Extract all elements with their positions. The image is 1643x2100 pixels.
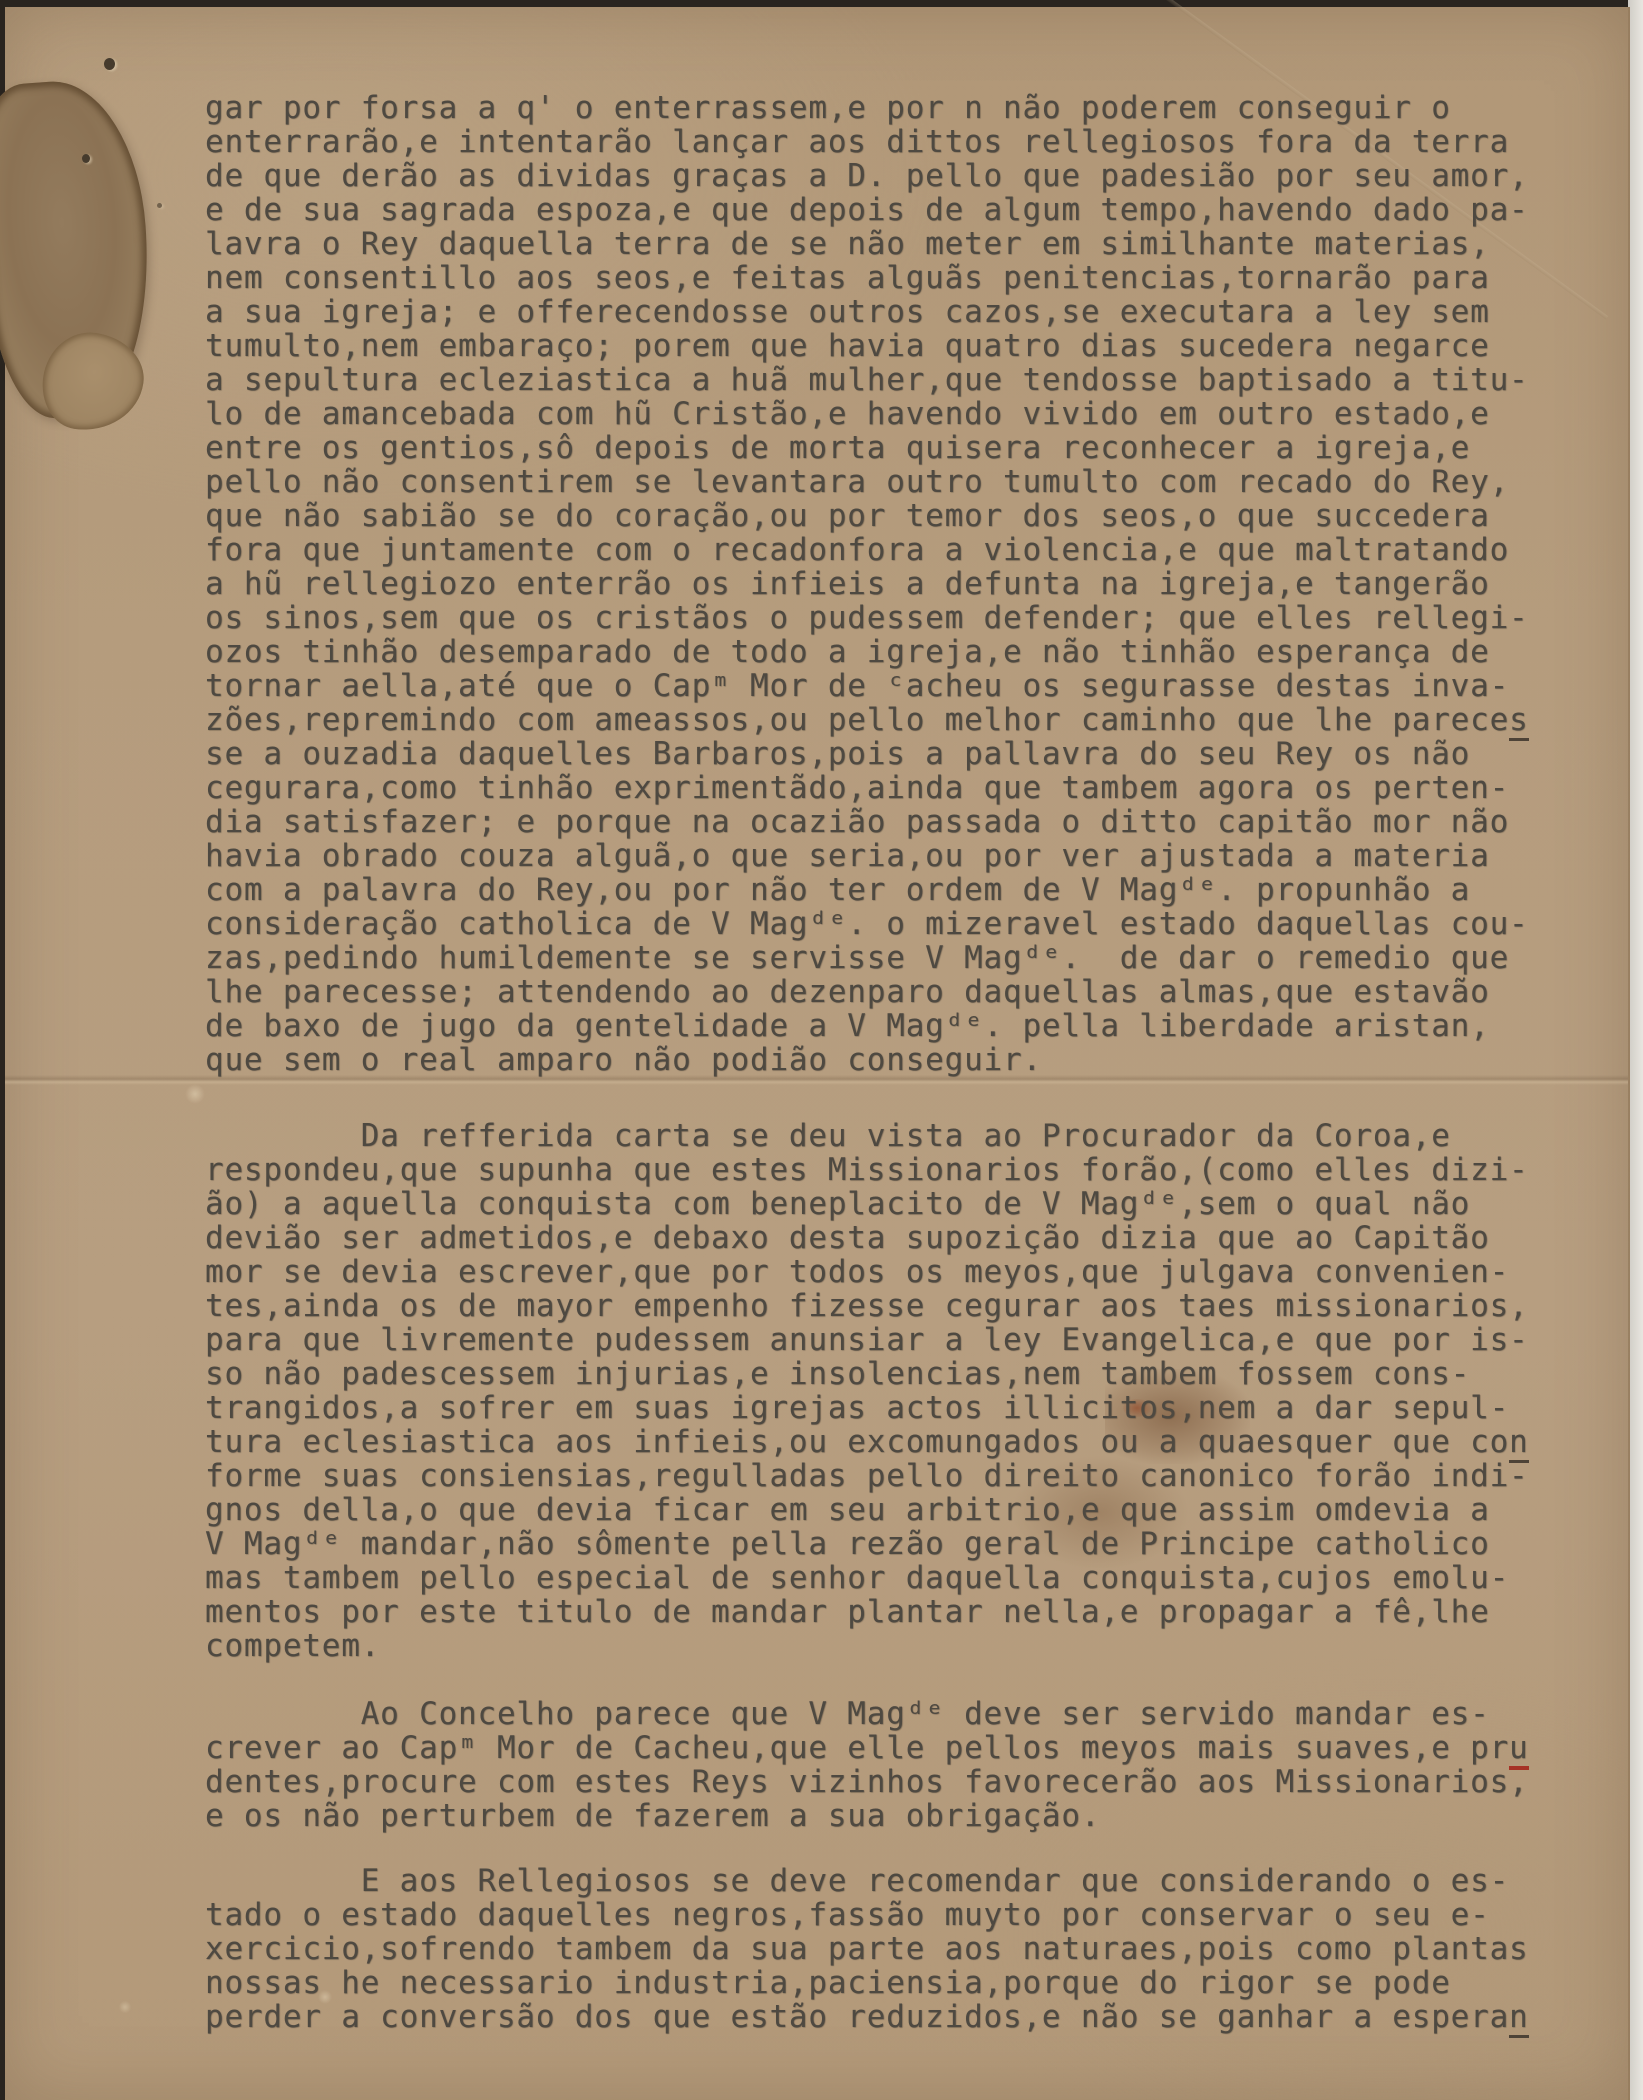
text-line: V Magᵈᵉ mandar,não sômente pella rezão g… <box>205 1527 1529 1561</box>
text-line: ozos tinhão desemparado de todo a igreja… <box>205 635 1529 669</box>
text-line: mas tambem pello especial de senhor daqu… <box>205 1561 1529 1595</box>
text-line: tumulto,nem embaraço; porem que havia qu… <box>205 329 1529 363</box>
text-line: tado o estado daquelles negros,fassão mu… <box>205 1898 1529 1932</box>
text-line: gar por forsa a q' o enterrassem,e por n… <box>205 91 1529 125</box>
text-line: e os não perturbem de fazerem a sua obri… <box>205 1799 1529 1833</box>
text-line: crever ao Capᵐ Mor de Cacheu,que elle pe… <box>205 1731 1529 1765</box>
text-line: E aos Rellegiosos se deve recomendar que… <box>205 1864 1529 1898</box>
typewritten-text: gar por forsa a q' o enterrassem,e por n… <box>205 91 1529 2034</box>
underlined-character: s <box>1509 702 1528 741</box>
text-line: que sem o real amparo não podião consegu… <box>205 1043 1529 1077</box>
scan-edge <box>1628 0 1643 2100</box>
text-line: a sepultura ecleziastica a huã mulher,qu… <box>205 363 1529 397</box>
text-line: xercicio,sofrendo tambem da sua parte ao… <box>205 1932 1529 1966</box>
text-line: a hũ rellegiozo enterrão os infieis a de… <box>205 567 1529 601</box>
document-page: gar por forsa a q' o enterrassem,e por n… <box>5 7 1630 2100</box>
text-line: havia obrado couza alguã,o que seria,ou … <box>205 839 1529 873</box>
text-line: lhe parecesse; attendendo ao dezenparo d… <box>205 975 1529 1009</box>
text-line: respondeu,que supunha que estes Missiona… <box>205 1153 1529 1187</box>
text-line: a sua igreja; e offerecendosse outros ca… <box>205 295 1529 329</box>
text-line: zões,repremindo com ameassos,ou pello me… <box>205 703 1529 737</box>
text-line: mentos por este titulo de mandar plantar… <box>205 1595 1529 1629</box>
text-line: entre os gentios,sô depois de morta quis… <box>205 431 1529 465</box>
text-line: tura eclesiastica aos infieis,ou excomun… <box>205 1425 1529 1459</box>
text-line: dia satisfazer; e porque na ocazião pass… <box>205 805 1529 839</box>
text-line: nem consentillo aos seos,e feitas alguãs… <box>205 261 1529 295</box>
text-line: cegurara,como tinhão exprimentãdo,ainda … <box>205 771 1529 805</box>
text-line: tes,ainda os de mayor empenho fizesse ce… <box>205 1289 1529 1323</box>
text-line: trangidos,a sofrer em suas igrejas actos… <box>205 1391 1529 1425</box>
pin-hole <box>82 154 90 163</box>
text-line: ão) a aquella conquista com beneplacito … <box>205 1187 1529 1221</box>
text-line: competem. <box>205 1629 1529 1663</box>
paragraph: E aos Rellegiosos se deve recomendar que… <box>205 1864 1529 2034</box>
text-line: zas,pedindo humildemente se servisse V M… <box>205 941 1529 975</box>
text-line: fora que juntamente com o recadonfora a … <box>205 533 1529 567</box>
text-line: devião ser admetidos,e debaxo desta supo… <box>205 1221 1529 1255</box>
text-line: enterrarão,e intentarão lançar aos ditto… <box>205 125 1529 159</box>
text-line: com a palavra do Rey,ou por não ter orde… <box>205 873 1529 907</box>
text-line: que não sabião se do coração,ou por temo… <box>205 499 1529 533</box>
pin-hole <box>157 203 162 208</box>
text-line: de baxo de jugo da gentelidade a V Magᵈᵉ… <box>205 1009 1529 1043</box>
text-line: Da refferida carta se deu vista ao Procu… <box>205 1119 1529 1153</box>
text-line: e de sua sagrada espoza,e que depois de … <box>205 193 1529 227</box>
text-line: forme suas consiensias,regulladas pello … <box>205 1459 1529 1493</box>
text-line: gnos della,o que devia ficar em seu arbi… <box>205 1493 1529 1527</box>
paragraph: Da refferida carta se deu vista ao Procu… <box>205 1119 1529 1663</box>
paragraph: gar por forsa a q' o enterrassem,e por n… <box>205 91 1529 1077</box>
text-line: lavra o Rey daquella terra de se não met… <box>205 227 1529 261</box>
text-line: mor se devia escrever,que por todos os m… <box>205 1255 1529 1289</box>
underlined-character: n <box>1509 1999 1528 2038</box>
text-line: para que livremente pudessem anunsiar a … <box>205 1323 1529 1357</box>
text-line: os sinos,sem que os cristãos o pudessem … <box>205 601 1529 635</box>
pin-hole <box>104 58 115 70</box>
paragraph: Ao Concelho parece que V Magᵈᵉ deve ser … <box>205 1697 1529 1833</box>
text-line: perder a conversão dos que estão reduzid… <box>205 2000 1529 2034</box>
text-line: dentes,procure com estes Reys vizinhos f… <box>205 1765 1529 1799</box>
text-line: pello não consentirem se levantara outro… <box>205 465 1529 499</box>
text-line: Ao Concelho parece que V Magᵈᵉ deve ser … <box>205 1697 1529 1731</box>
text-line: so não padescessem injurias,e insolencia… <box>205 1357 1529 1391</box>
text-line: consideração catholica de V Magᵈᵉ. o miz… <box>205 907 1529 941</box>
text-line: nossas he necessario industria,paciensia… <box>205 1966 1529 2000</box>
text-line: tornar aella,até que o Capᵐ Mor de ᶜache… <box>205 669 1529 703</box>
text-line: lo de amancebada com hũ Cristão,e havend… <box>205 397 1529 431</box>
text-line: de que derão as dividas graças a D. pell… <box>205 159 1529 193</box>
text-line: se a ouzadia daquelles Barbaros,pois a p… <box>205 737 1529 771</box>
